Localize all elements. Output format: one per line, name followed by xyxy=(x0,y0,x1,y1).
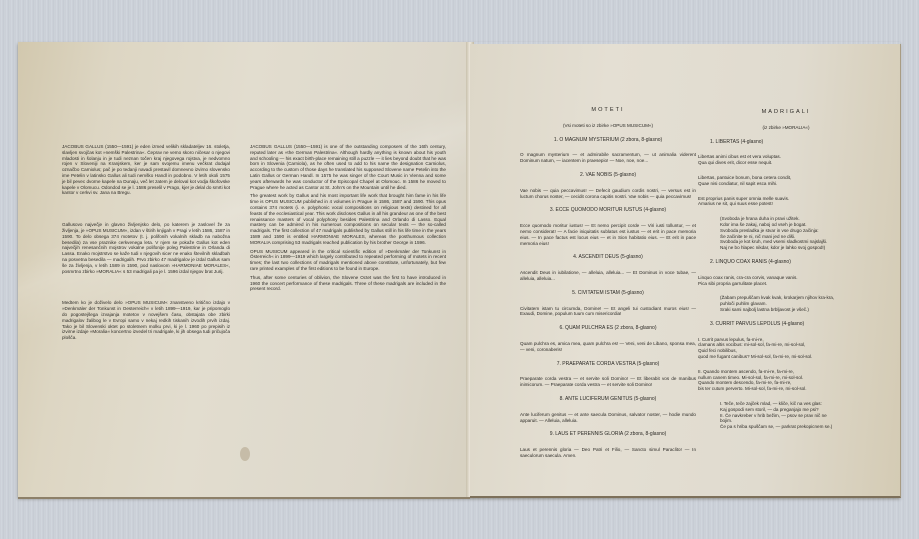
english-paragraph: JACOBUS GALLUS (1550—1591) is one of the… xyxy=(250,144,446,190)
motets-list: 1. O MAGNUM MYSTERIUM (2 zbora, 8-glasno… xyxy=(520,138,696,459)
slovene-paragraph: Gallusovo največje in glavno življenjsko… xyxy=(62,222,230,274)
motet-text: Laus et perennis gloria — Deo Patri et F… xyxy=(520,447,696,459)
motet-title: 9. LAUS ET PERENNIS GLORIA (2 zbora, 8-g… xyxy=(520,432,696,438)
motet-title: 7. PRAEPARATE CORDA VESTRA (5-glasno) xyxy=(520,362,696,368)
madrigal-stanza: Est proprius panis super omnia melle sua… xyxy=(698,196,874,208)
motet-title: 4. ASCENDIT DEUS (5-glasno) xyxy=(520,255,696,261)
motet-title: 8. ANTE LUCIFERUM GENITUS (5-glasno) xyxy=(520,397,696,403)
right-page: MOTETI (Vsi moteti so iz zbirke »OPUS MU… xyxy=(470,44,901,498)
madrigals-list: 1. LIBERTAS (4-glasno)Libertas animi cib… xyxy=(698,140,874,430)
motet-text: Praeparate corda vestra — et servite sol… xyxy=(520,376,696,388)
slovene-paragraph: Medtem ko je doživelo delo »OPUS MUSICUM… xyxy=(62,300,230,341)
motet-title: 3. ECCE QUOMODO MORITUR IUSTUS (4-glasno… xyxy=(520,208,696,214)
motet-text: Civitatem istam tu circumda, Domine! — E… xyxy=(520,306,696,318)
stain-mark xyxy=(240,447,250,461)
record-sleeve-gatefold: JACOBUS GALLUS (1550—1591) je eden izmed… xyxy=(18,42,900,497)
madrigal-translation: I. Teče, teče zajček mlad, — kliče, kič … xyxy=(698,401,874,430)
english-paragraph: OPUS MUSICUM appeared in the critical sc… xyxy=(250,249,446,272)
madrigal-title: 2. LINQUO COAX RANIS (4-glasno) xyxy=(698,260,874,266)
left-page: JACOBUS GALLUS (1550—1591) je eden izmed… xyxy=(18,42,470,499)
english-text-column: JACOBUS GALLUS (1550—1591) is one of the… xyxy=(250,144,446,295)
english-paragraph: Thus, after some centuries of oblivion, … xyxy=(250,275,446,292)
madrigal-title: 3. CURRIT PARVUS LEPOLUS (4-glasno) xyxy=(698,322,874,328)
motet-text: O magnum mysterium — et admirabile sacra… xyxy=(520,152,696,164)
madrigals-subheading: (iz zbirke »MORALIA«) xyxy=(698,125,874,131)
motet-title: 5. CIVITATEM ISTAM (5-glasno) xyxy=(520,291,696,297)
slovene-paragraph: JACOBUS GALLUS (1550—1591) je eden izmed… xyxy=(62,144,230,196)
madrigal-stanza: II. Quando montem ascendo, fa-mi-re, fa-… xyxy=(698,369,874,392)
motet-text: Ante luciferum genitus — et ante saecula… xyxy=(520,412,696,424)
motets-subheading: (Vsi moteti so iz zbirke »OPUS MUSICUM«) xyxy=(520,123,696,129)
motet-text: Vae nobis — quia peccavimus! — Defecit g… xyxy=(520,188,696,200)
madrigal-title: 1. LIBERTAS (4-glasno) xyxy=(698,140,874,146)
english-paragraph: The greatest work by Gallus and his most… xyxy=(250,193,446,245)
motets-column: MOTETI (Vsi moteti so iz zbirke »OPUS MU… xyxy=(520,108,696,468)
motet-text: Ecce quomodo moritur iustus! — Et nemo p… xyxy=(520,223,696,246)
madrigal-translation: (Svoboda je hrana duha in pravi užitek. … xyxy=(698,216,874,251)
motet-title: 2. VAE NOBIS (5-glasno) xyxy=(520,173,696,179)
madrigal-stanza: I. Currit parvus lepulus, fa-mi-re, clam… xyxy=(698,337,874,360)
madrigal-stanza: Libertas, pantuice bonum, bona cetera co… xyxy=(698,175,874,187)
motet-title: 6. QUAM PULCHRA ES (2 zbora, 8-glasno) xyxy=(520,326,696,332)
madrigals-column: MADRIGALI (iz zbirke »MORALIA«) 1. LIBER… xyxy=(698,110,874,439)
motet-text: Quam pulchra es, amica mea, quam pulchra… xyxy=(520,341,696,353)
slovene-text-column: JACOBUS GALLUS (1550—1591) je eden izmed… xyxy=(62,144,230,350)
motets-heading: MOTETI xyxy=(520,108,696,114)
madrigal-translation: (Žabam prepuščam kvak kvak, krokarjem nj… xyxy=(698,295,874,312)
motet-title: 1. O MAGNUM MYSTERIUM (2 zbora, 8-glasno… xyxy=(520,138,696,144)
motet-text: Ascendit Deus in iubilatione, — alleluia… xyxy=(520,270,696,282)
madrigal-stanza: Libertas animi cibus est et vera volupta… xyxy=(698,154,874,166)
madrigals-heading: MADRIGALI xyxy=(698,110,874,116)
madrigal-stanza: Linquo coax ranis, cra-cra corvis, vanaq… xyxy=(698,275,874,287)
